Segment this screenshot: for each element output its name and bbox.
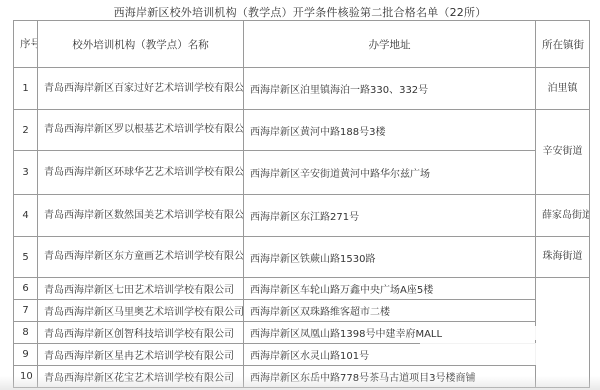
row-address: 西海岸新区车轮山路万鑫中央广场A座5楼 xyxy=(244,278,536,300)
row-address: 西海岸新区辛安街道黄河中路华尔兹广场 xyxy=(244,151,536,195)
row-name: 青岛西海岸新区东方童画艺术培训学校有限公司 xyxy=(38,237,244,278)
row-no: 8 xyxy=(14,322,38,344)
row-name: 青岛西海岸新区创智科技培训学校有限公司 xyxy=(38,322,244,344)
row-town: 珠海街道 xyxy=(536,237,590,278)
document-title: 西海岸新区校外培训机构（教学点）开学条件核验第二批合格名单（22所） xyxy=(0,4,600,20)
table-row: 6 青岛西海岸新区七田艺术培训学校有限公司 西海岸新区车轮山路万鑫中央广场A座5… xyxy=(14,278,590,300)
row-no: 3 xyxy=(14,151,38,195)
header-town: 所在镇街 xyxy=(536,21,590,68)
table-header-row: 序号 校外培训机构（教学点）名称 办学地址 所在镇街 xyxy=(14,21,590,68)
row-name: 青岛西海岸新区环球华艺艺术培训学校有限公司 xyxy=(38,151,244,195)
row-no: 2 xyxy=(14,110,38,151)
row-name: 青岛西海岸新区七田艺术培训学校有限公司 xyxy=(38,278,244,300)
row-name: 青岛西海岸新区罗以根基艺术培训学校有限公司 xyxy=(38,110,244,151)
row-address: 西海岸新区铁蕨山路1530路 xyxy=(244,237,536,278)
watermark-overlay xyxy=(458,326,536,340)
row-name: 青岛西海岸新区马里奥艺术培训学校有限公司 xyxy=(38,300,244,322)
table-row: 1 青岛西海岸新区百家过好艺术培训学校有限公司 西海岸新区泊里镇海泊一路330、… xyxy=(14,68,590,110)
header-address: 办学地址 xyxy=(244,21,536,68)
row-address: 西海岸新区泊里镇海泊一路330、332号 xyxy=(244,68,536,110)
row-town: 泊里镇 xyxy=(536,68,590,110)
row-name: 青岛西海岸新区百家过好艺术培训学校有限公司 xyxy=(38,68,244,110)
row-name: 青岛西海岸新区花宝艺术培训学校有限公司 xyxy=(38,366,244,388)
row-no: 5 xyxy=(14,237,38,278)
row-address: 西海岸新区黄河中路188号3楼 xyxy=(244,110,536,151)
row-no: 7 xyxy=(14,300,38,322)
table-row: 7 青岛西海岸新区马里奥艺术培训学校有限公司 西海岸新区双珠路维客超市二楼 xyxy=(14,300,590,322)
table-row: 5 青岛西海岸新区东方童画艺术培训学校有限公司 西海岸新区铁蕨山路1530路 珠… xyxy=(14,237,590,278)
row-address: 西海岸新区东岳中路778号茶马古道项目3号楼商铺 xyxy=(244,366,536,388)
row-no: 1 xyxy=(14,68,38,110)
row-town: 薛家岛街道 xyxy=(536,195,590,237)
table-row: 3 青岛西海岸新区环球华艺艺术培训学校有限公司 西海岸新区辛安街道黄河中路华尔兹… xyxy=(14,151,590,195)
table-row: 2 青岛西海岸新区罗以根基艺术培训学校有限公司 西海岸新区黄河中路188号3楼 … xyxy=(14,110,590,151)
row-town-merged xyxy=(536,278,590,388)
header-name: 校外培训机构（教学点）名称 xyxy=(38,21,244,68)
row-no: 10 xyxy=(14,366,38,388)
table-row: 4 青岛西海岸新区数然国美艺术培训学校有限公司 西海岸新区东江路271号 薛家岛… xyxy=(14,195,590,237)
row-name: 青岛西海岸新区星冉艺术培训学校有限公司 xyxy=(38,344,244,366)
row-town: 辛安街道 xyxy=(536,110,590,195)
row-address: 西海岸新区东江路271号 xyxy=(244,195,536,237)
row-no: 6 xyxy=(14,278,38,300)
row-no: 9 xyxy=(14,344,38,366)
row-name: 青岛西海岸新区数然国美艺术培训学校有限公司 xyxy=(38,195,244,237)
watermark-overlay xyxy=(420,343,536,365)
row-no: 4 xyxy=(14,195,38,237)
header-no: 序号 xyxy=(14,21,38,68)
row-address: 西海岸新区双珠路维客超市二楼 xyxy=(244,300,536,322)
table-row: 10 青岛西海岸新区花宝艺术培训学校有限公司 西海岸新区东岳中路778号茶马古道… xyxy=(14,366,590,388)
